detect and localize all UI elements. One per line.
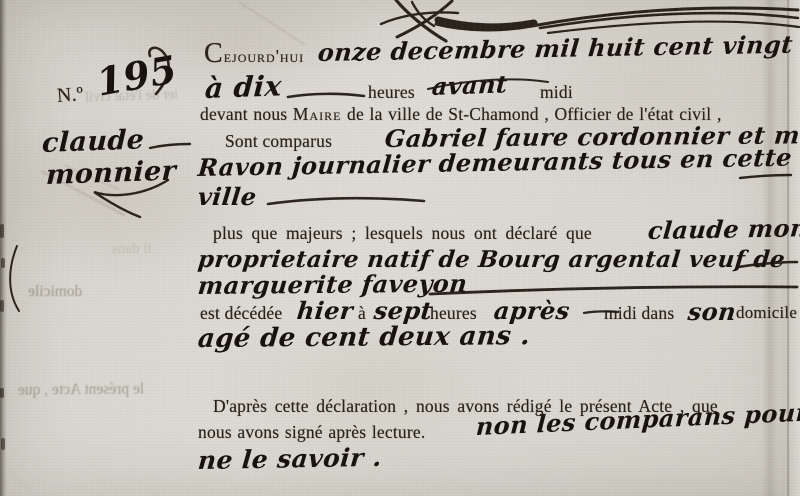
document-scan: ier de l'état civil il dans domicile le … bbox=[0, 0, 800, 496]
signature-paraph-stroke bbox=[540, 13, 798, 28]
hand-dash bbox=[288, 94, 364, 97]
signature-paraph-stroke bbox=[548, 21, 799, 33]
act-number-flourish bbox=[149, 48, 168, 94]
hand-underline bbox=[430, 287, 797, 294]
margin-bracket-stroke bbox=[10, 246, 19, 311]
margin-dash bbox=[150, 144, 190, 148]
hand-dash bbox=[584, 311, 618, 313]
margin-name-flourish bbox=[94, 180, 168, 217]
ink-stroke-overlay bbox=[0, 0, 800, 496]
hand-dash bbox=[738, 262, 797, 267]
hand-dash bbox=[740, 175, 791, 178]
signature-paraph-stroke bbox=[438, 20, 534, 27]
hand-dash bbox=[268, 198, 424, 204]
hand-crossbar-flourish bbox=[428, 79, 548, 89]
